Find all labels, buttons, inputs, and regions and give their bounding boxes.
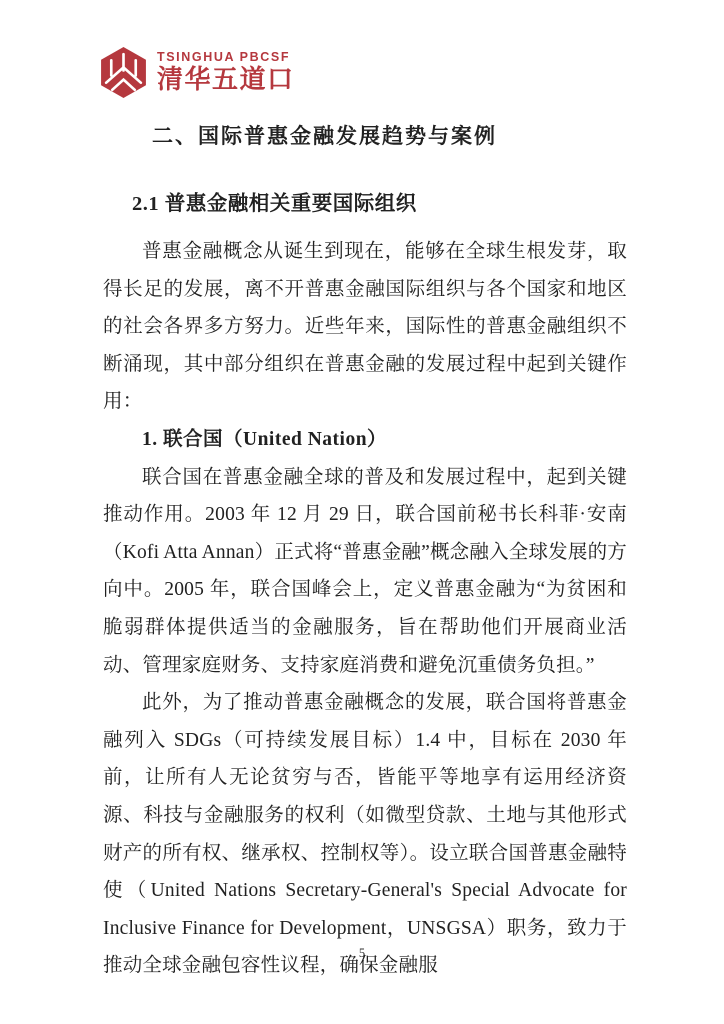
document-content: 二、国际普惠金融发展趋势与案例 2.1 普惠金融相关重要国际组织 普惠金融概念从… (103, 121, 627, 985)
logo-text: TSINGHUA PBCSF 清华五道口 (157, 51, 295, 93)
section-title: 二、国际普惠金融发展趋势与案例 (152, 121, 627, 151)
paragraph: 此外，为了推动普惠金融概念的发展，联合国将普惠金融列入 SDGs（可持续发展目标… (103, 684, 627, 985)
paragraph: 联合国在普惠金融全球的普及和发展过程中，起到关键推动作用。2003 年 12 月… (103, 459, 627, 685)
paragraph: 普惠金融概念从诞生到现在，能够在全球生根发芽，取得长足的发展，离不开普惠金融国际… (103, 233, 627, 421)
logo-chinese-name: 清华五道口 (157, 66, 295, 93)
document-page: TSINGHUA PBCSF 清华五道口 二、国际普惠金融发展趋势与案例 2.1… (0, 0, 724, 1024)
logo-english-name: TSINGHUA PBCSF (157, 51, 295, 65)
subsection-title: 2.1 普惠金融相关重要国际组织 (132, 189, 627, 219)
hexagon-logo-icon (99, 46, 148, 99)
tsinghua-pbcsf-logo: TSINGHUA PBCSF 清华五道口 (99, 46, 295, 99)
list-item-heading-united-nation: 1. 联合国（United Nation） (103, 421, 627, 459)
page-number: 5 (0, 946, 724, 961)
